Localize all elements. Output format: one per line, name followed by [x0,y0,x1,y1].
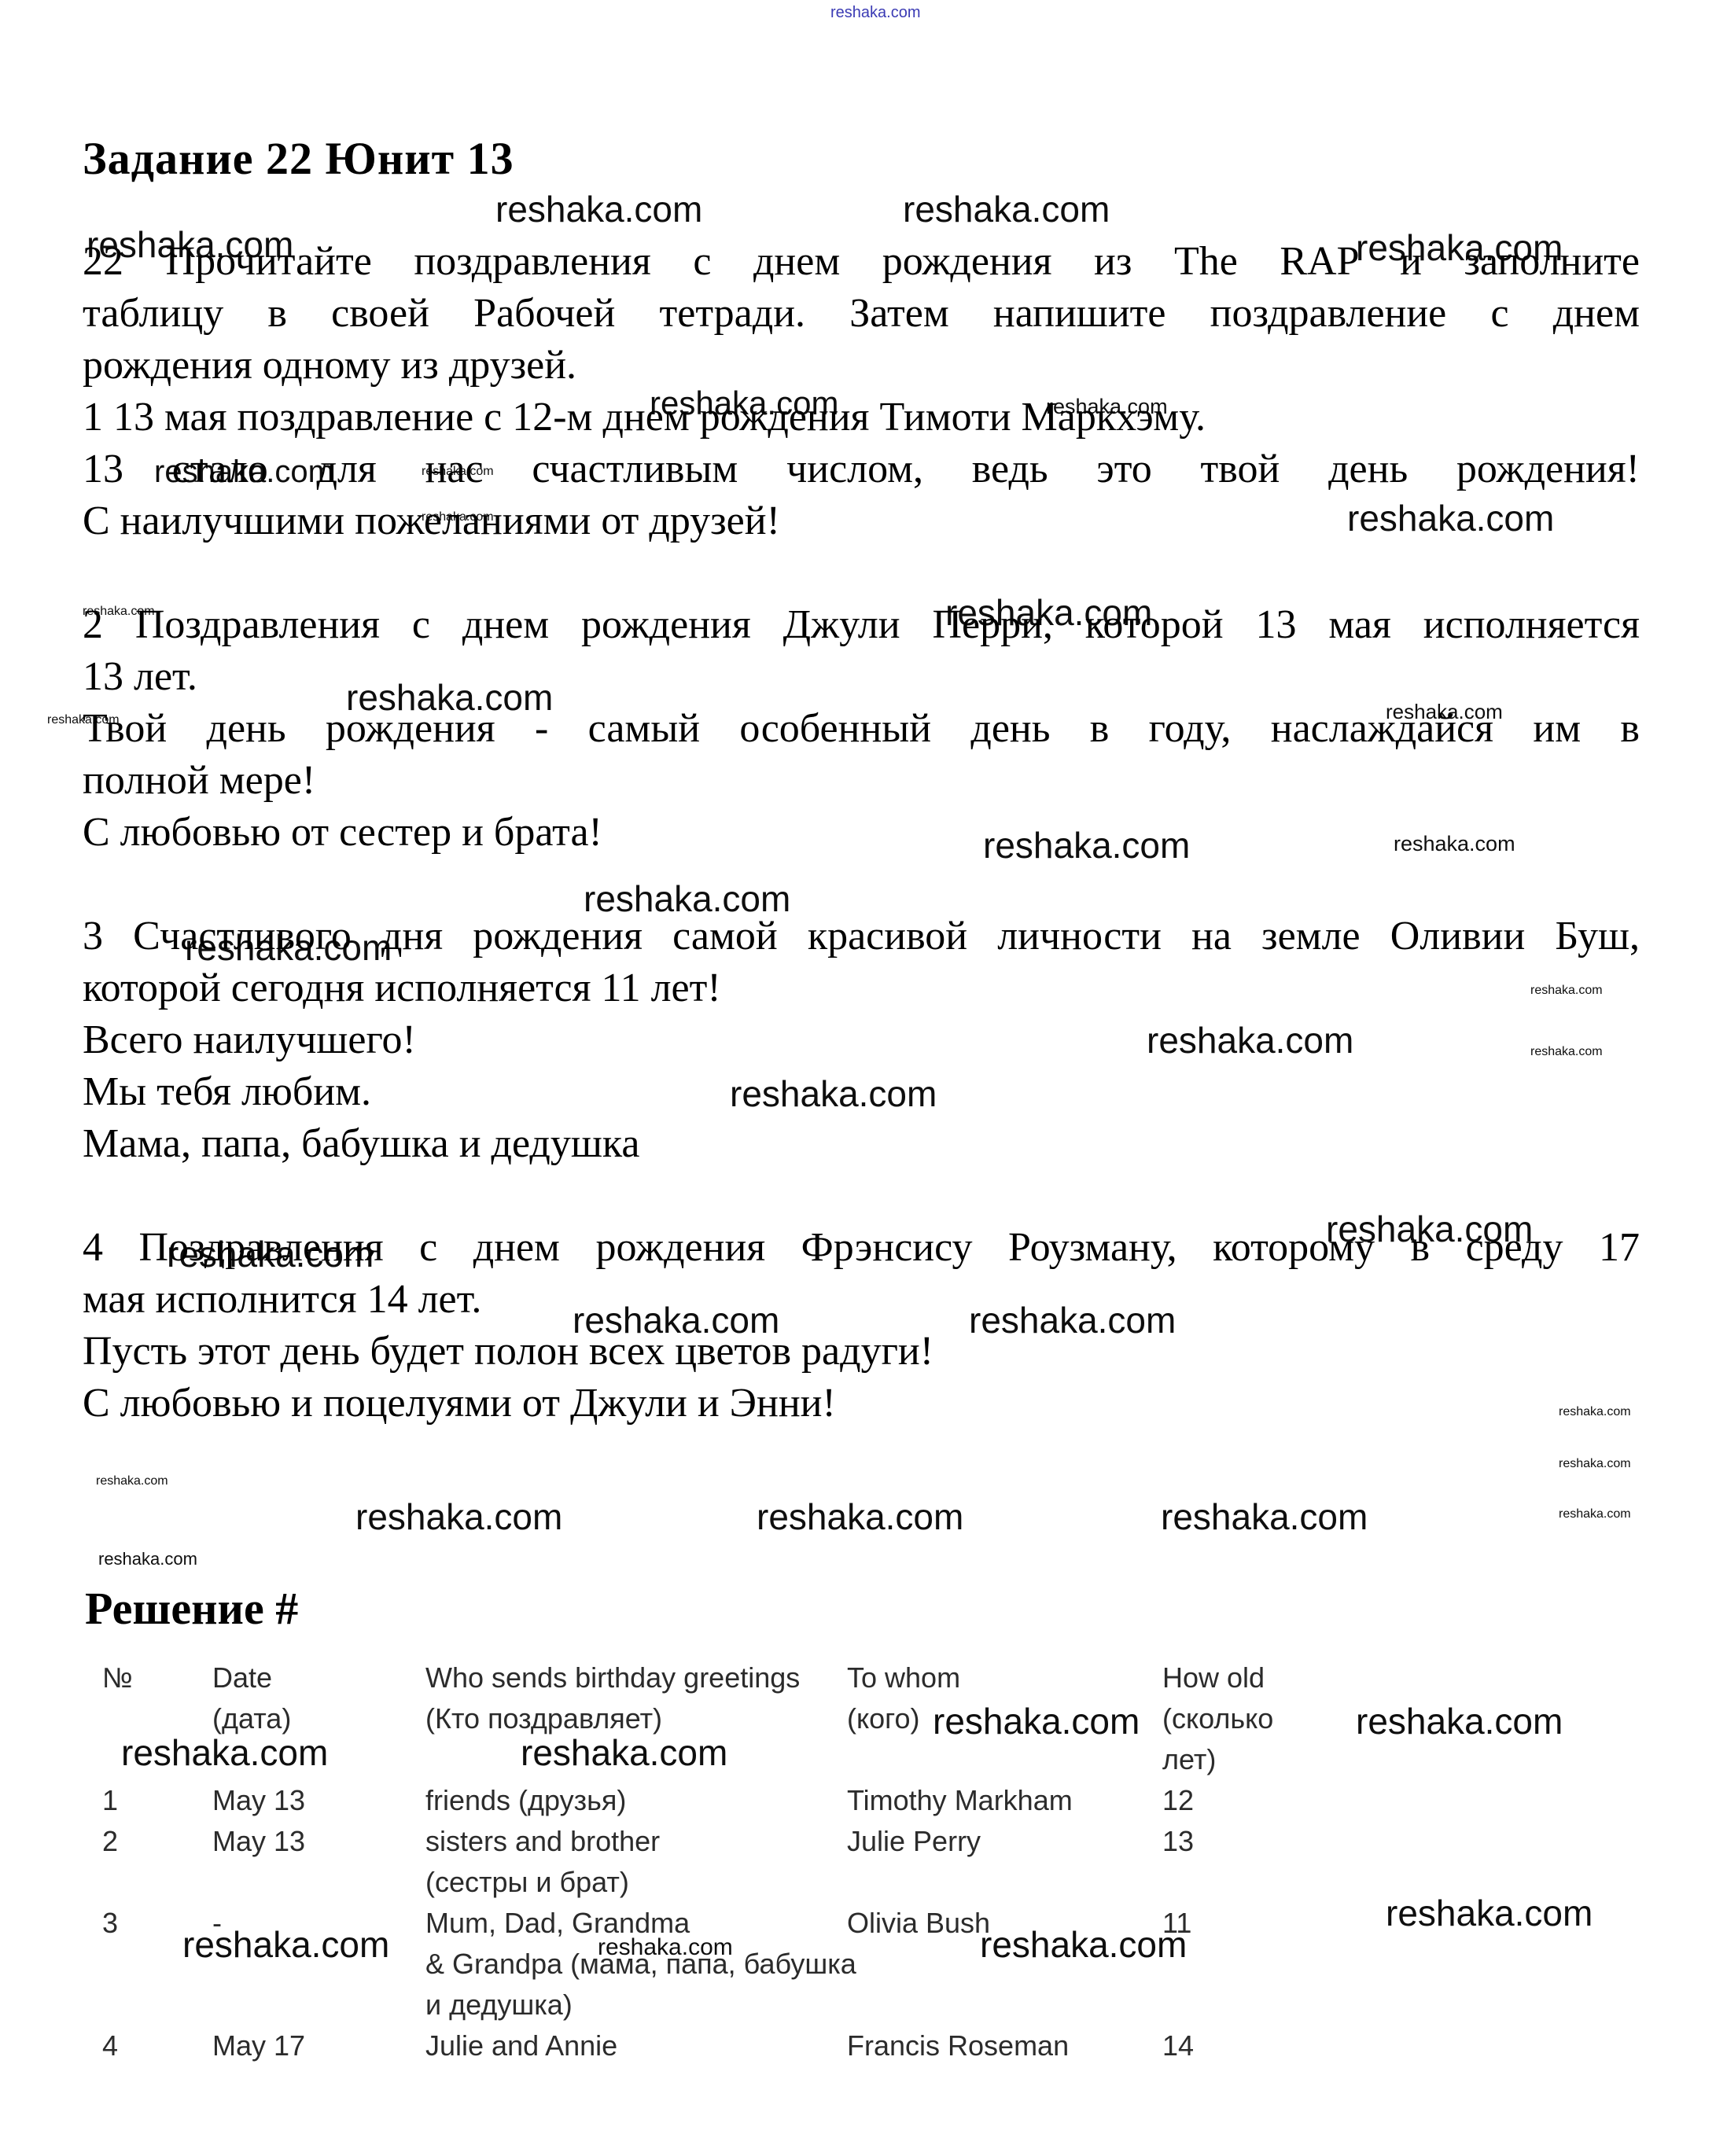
table-cell: 4 [102,2025,212,2066]
paragraph: 4 Поздравления с днем рождения Фрэнсису … [83,1222,1640,1429]
text-line: 4 Поздравления с днем рождения Фрэнсису … [83,1222,1640,1274]
table-text: May 13 [212,1780,425,1821]
table-cell: Timothy Markham [847,1780,1162,1821]
text-line: 22 Прочитайте поздравления с днем рожден… [83,236,1640,288]
text-line: Пусть этот день будет полон всех цветов … [83,1326,1640,1378]
table-cell: 13 [1162,1821,1320,1903]
table-cell: Francis Roseman [847,2025,1162,2066]
table-cell: Olivia Bush [847,1903,1162,2025]
table-cell: 2 [102,1821,212,1903]
page-content: Задание 22 Юнит 13 22 Прочитайте поздрав… [0,0,1727,2156]
table-text: 14 [1162,2025,1320,2066]
table-header-cell: How old(скольколет) [1162,1657,1320,1780]
table-text: How old [1162,1657,1320,1698]
table-cell: Julie Perry [847,1821,1162,1903]
text-line: Твой день рождения - самый особенный ден… [83,703,1640,755]
table-text: Francis Roseman [847,2025,1162,2066]
table-text: - [212,1903,425,1944]
table-text: 1 [102,1780,212,1821]
table-header-cell: Date(дата) [212,1657,425,1780]
table-cell: May 17 [212,2025,425,2066]
table-text: 2 [102,1821,212,1862]
table-cell: Julie and Annie [425,2025,847,2066]
text-line: рождения одному из друзей. [83,340,1640,392]
text-line: 1 13 мая поздравление с 12-м днем рожден… [83,392,1640,443]
text-line: таблицу в своей Рабочей тетради. Затем н… [83,288,1640,340]
text-line: 3 Счастливого дня рождения самой красиво… [83,911,1640,962]
text-line: которой сегодня исполняется 11 лет! [83,962,1640,1014]
table-text: & Grandpa (мама, папа, бабушка [425,1944,847,1985]
document-page: reshaka.comreshaka.comreshaka.comreshaka… [0,0,1727,2156]
text-line: Всего наилучшего! [83,1014,1640,1066]
table-cell: 1 [102,1780,212,1821]
text-line: 13 лет. [83,651,1640,703]
table-text: 4 [102,2025,212,2066]
table-header-cell: To whom(кого) [847,1657,1162,1780]
text-line: С любовью от сестер и брата! [83,807,1640,859]
table-text: (дата) [212,1698,425,1739]
table-text: лет) [1162,1739,1320,1780]
table-text: 12 [1162,1780,1320,1821]
text-line: С наилучшими пожеланиями от друзей! [83,495,1640,547]
table-text: Timothy Markham [847,1780,1162,1821]
table-text: 11 [1162,1903,1320,1944]
table-cell: May 13 [212,1821,425,1903]
table-text: Who sends birthday greetings [425,1657,847,1698]
table-text: Julie and Annie [425,2025,847,2066]
table-text: Date [212,1657,425,1698]
table-cell: May 13 [212,1780,425,1821]
table-cell: friends (друзья) [425,1780,847,1821]
table-cell: 3 [102,1903,212,2025]
table-text: Julie Perry [847,1821,1162,1862]
table-cell: - [212,1903,425,2025]
text-line: Мама, папа, бабушка и дедушка [83,1118,1640,1170]
table-text: 3 [102,1903,212,1944]
table-text: (сколько [1162,1698,1320,1739]
table-text: 13 [1162,1821,1320,1862]
table-text: May 17 [212,2025,425,2066]
task-text: 22 Прочитайте поздравления с днем рожден… [83,236,1640,1429]
paragraph: 2 Поздравления с днем рождения Джули Пер… [83,599,1640,859]
table-header-cell: № [102,1657,212,1780]
solution-heading: Решение # [85,1582,298,1635]
table-text: (кого) [847,1698,1162,1739]
table-cell: 14 [1162,2025,1320,2066]
table-cell: 11 [1162,1903,1320,2025]
table-text: May 13 [212,1821,425,1862]
table-cell: sisters and brother(сестры и брат) [425,1821,847,1903]
page-title: Задание 22 Юнит 13 [83,132,514,185]
paragraph: 1 13 мая поздравление с 12-м днем рожден… [83,392,1640,547]
table-text: № [102,1657,212,1698]
table-text: Mum, Dad, Grandma [425,1903,847,1944]
table-text: (Кто поздравляет) [425,1698,847,1739]
table-text: и дедушка) [425,1985,847,2025]
table-text: friends (друзья) [425,1780,847,1821]
table-text: Olivia Bush [847,1903,1162,1944]
table-cell: 12 [1162,1780,1320,1821]
text-line: С любовью и поцелуями от Джули и Энни! [83,1378,1640,1429]
table-text: sisters and brother [425,1821,847,1862]
solution-table: №Date(дата)Who sends birthday greetings(… [102,1657,1320,2066]
paragraph: 3 Счастливого дня рождения самой красиво… [83,911,1640,1170]
table-header-cell: Who sends birthday greetings(Кто поздрав… [425,1657,847,1780]
table-text: (сестры и брат) [425,1862,847,1903]
text-line: полной мере! [83,755,1640,807]
table-cell: Mum, Dad, Grandma& Grandpa (мама, папа, … [425,1903,847,2025]
text-line: мая исполнится 14 лет. [83,1274,1640,1326]
text-line: 2 Поздравления с днем рождения Джули Пер… [83,599,1640,651]
text-line: Мы тебя любим. [83,1066,1640,1118]
text-line: 13 стало для нас счастливым числом, ведь… [83,443,1640,495]
table-text: To whom [847,1657,1162,1698]
paragraph: 22 Прочитайте поздравления с днем рожден… [83,236,1640,392]
